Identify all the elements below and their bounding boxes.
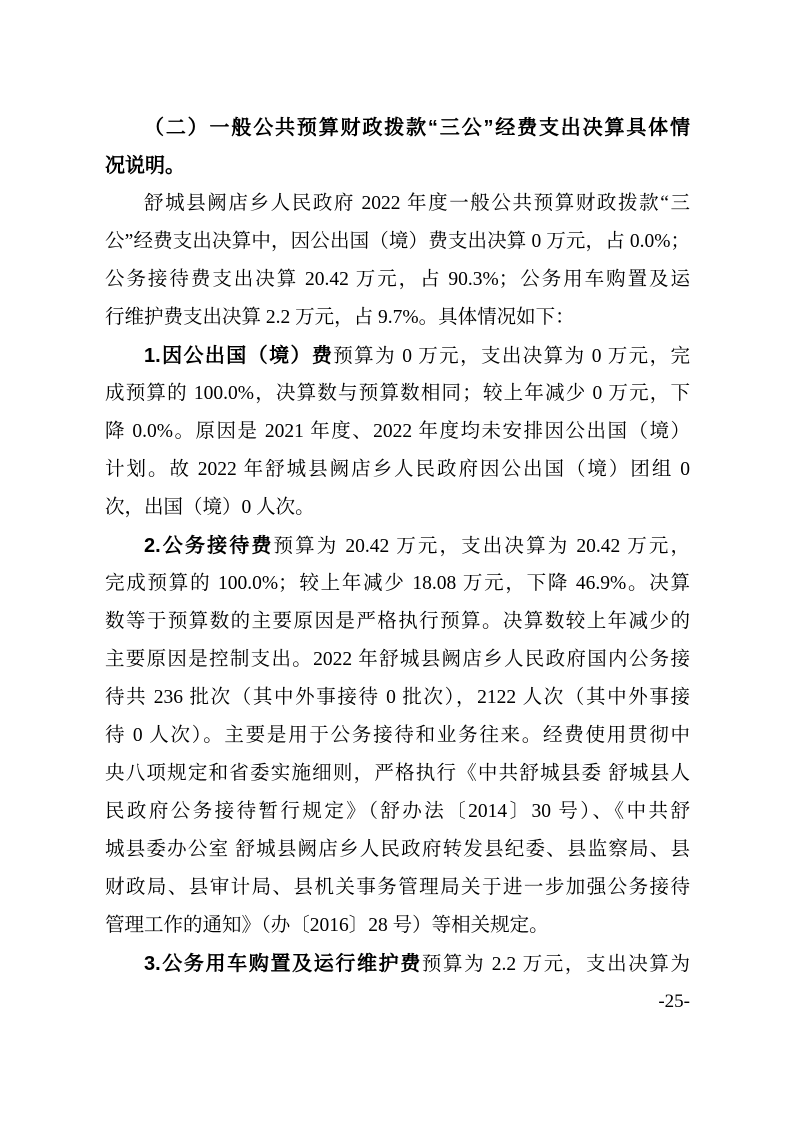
text-line: 3.公务用车购置及运行维护费预算为 2.2 万元，支出决算为: [105, 945, 690, 983]
text-line: 1.因公出国（境）费预算为 0 万元，支出决算为 0 万元，完: [105, 337, 690, 375]
text-line: 次，出国（境）0 人次。: [105, 489, 690, 527]
text-line: 主要原因是控制支出。2022 年舒城县阙店乡人民政府国内公务接: [105, 641, 690, 679]
document-page: （二）一般公共预算财政拨款“三公”经费支出决算具体情况说明。舒城县阙店乡人民政府…: [0, 0, 793, 1122]
text-line: 财政局、县审计局、县机关事务管理局关于进一步加强公务接待: [105, 869, 690, 907]
text-line: 待 0 人次）。主要是用于公务接待和业务往来。经费使用贯彻中: [105, 717, 690, 755]
heading-text: 况说明。: [105, 155, 185, 177]
item-3-vehicle-expense: 3.公务用车购置及运行维护费预算为 2.2 万元，支出决算为: [105, 945, 690, 983]
document-body: （二）一般公共预算财政拨款“三公”经费支出决算具体情况说明。舒城县阙店乡人民政府…: [105, 109, 690, 983]
bold-lead-text: 1.因公出国（境）费: [144, 345, 333, 367]
text-line: 完成预算的 100.0%；较上年减少 18.08 万元，下降 46.9%。决算: [105, 565, 690, 603]
text-line: 公务接待费支出决算 20.42 万元，占 90.3%；公务用车购置及运: [105, 261, 690, 299]
heading-text: （二）一般公共预算财政拨款“三公”经费支出决算具体情: [144, 117, 690, 139]
bold-lead-text: 2.公务接待费: [144, 535, 273, 557]
text-line: 数等于预算数的主要原因是严格执行预算。决算数较上年减少的: [105, 603, 690, 641]
text-line: 成预算的 100.0%，决算数与预算数相同；较上年减少 0 万元，下: [105, 375, 690, 413]
text-line: 城县委办公室 舒城县阙店乡人民政府转发县纪委、县监察局、县: [105, 831, 690, 869]
text-line: 舒城县阙店乡人民政府 2022 年度一般公共预算财政拨款“三: [105, 185, 690, 223]
text-line: 公”经费支出决算中，因公出国（境）费支出决算 0 万元，占 0.0%；: [105, 223, 690, 261]
page-number: -25-: [105, 991, 690, 1013]
text-line: 央八项规定和省委实施细则，严格执行《中共舒城县委 舒城县人: [105, 755, 690, 793]
text-line: 计划。故 2022 年舒城县阙店乡人民政府因公出国（境）团组 0: [105, 451, 690, 489]
text-line: 管理工作的通知》（办〔2016〕28 号）等相关规定。: [105, 907, 690, 945]
overview-paragraph: 舒城县阙店乡人民政府 2022 年度一般公共预算财政拨款“三公”经费支出决算中，…: [105, 185, 690, 337]
text-line: 待共 236 批次（其中外事接待 0 批次），2122 人次（其中外事接: [105, 679, 690, 717]
text-line: 民政府公务接待暂行规定》（舒办法〔2014〕30 号）、《中共舒: [105, 793, 690, 831]
text-line: 降 0.0%。原因是 2021 年度、2022 年度均未安排因公出国（境）: [105, 413, 690, 451]
line-text: 预算为 20.42 万元，支出决算为 20.42 万元，: [273, 536, 690, 557]
text-line: 2.公务接待费预算为 20.42 万元，支出决算为 20.42 万元，: [105, 527, 690, 565]
item-1-abroad-expense: 1.因公出国（境）费预算为 0 万元，支出决算为 0 万元，完成预算的 100.…: [105, 337, 690, 527]
bold-lead-text: 3.公务用车购置及运行维护费: [144, 953, 422, 975]
text-line: （二）一般公共预算财政拨款“三公”经费支出决算具体情: [105, 109, 690, 147]
item-2-reception-expense: 2.公务接待费预算为 20.42 万元，支出决算为 20.42 万元，完成预算的…: [105, 527, 690, 945]
text-line: 况说明。: [105, 147, 690, 185]
text-line: 行维护费支出决算 2.2 万元，占 9.7%。具体情况如下：: [105, 299, 690, 337]
section-heading: （二）一般公共预算财政拨款“三公”经费支出决算具体情况说明。: [105, 109, 690, 185]
line-text: 预算为 2.2 万元，支出决算为: [422, 954, 690, 975]
line-text: 预算为 0 万元，支出决算为 0 万元，完: [333, 346, 690, 367]
